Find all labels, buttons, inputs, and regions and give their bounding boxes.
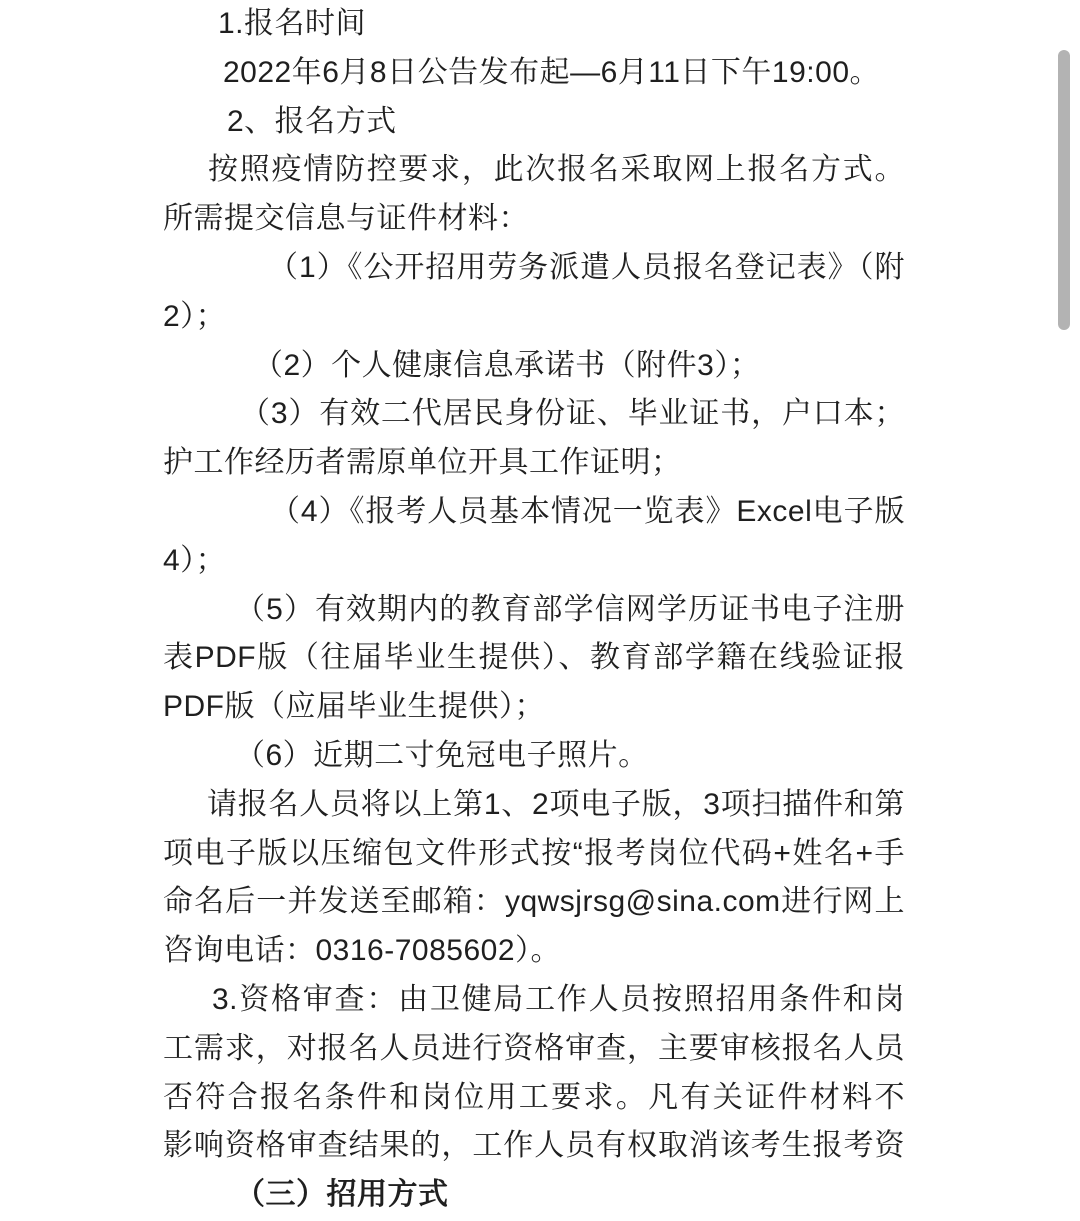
text-line: 按照疫情防控要求，此次报名采取网上报名方式。报名 (163, 146, 905, 195)
text-line: 表PDF版（往届毕业生提供）、教育部学籍在线验证报告 (163, 634, 905, 683)
text-line: 4）； (163, 537, 905, 586)
text-line: （6）近期二寸免冠电子照片。 (163, 732, 905, 781)
text-line: 2022年6月8日公告发布起—6月11日下午19:00。 (163, 49, 905, 98)
text-line: （2）个人健康信息承诺书（附件3）； (163, 342, 905, 391)
text-line: 命名后一并发送至邮箱：yqwsjrsg@sina.com进行网上报名（ (163, 878, 905, 927)
text-line: 所需提交信息与证件材料： (163, 195, 905, 244)
text-line: （1）《公开招用劳务派遣人员报名登记表》（附件 (163, 244, 905, 293)
text-line: 护工作经历者需原单位开具工作证明； (163, 439, 905, 488)
text-line: （3）有效二代居民身份证、毕业证书，户口本；有医 (163, 390, 905, 439)
document-page: 1.报名时间 2022年6月8日公告发布起—6月11日下午19:00。 2、报名… (0, 0, 1080, 1221)
text-line: （4）《报考人员基本情况一览表》Excel电子版（附件 (163, 488, 905, 537)
section-heading: （三）招用方式 (163, 1171, 905, 1220)
text-line: （5）有效期内的教育部学信网学历证书电子注册备案 (163, 586, 905, 635)
text-line: 请报名人员将以上第1、2项电子版，3项扫描件和第4-6 (163, 781, 905, 830)
text-line: 2、报名方式 (163, 98, 905, 147)
text-line: 3.资格审查：由卫健局工作人员按照招用条件和岗位用 (163, 976, 905, 1025)
scrollbar-thumb[interactable] (1058, 50, 1070, 330)
text-line: 1.报名时间 (163, 0, 905, 49)
text-line: 影响资格审查结果的，工作人员有权取消该考生报考资格。 (163, 1122, 905, 1171)
text-line: 工需求，对报名人员进行资格审查，主要审核报名人员是 (163, 1025, 905, 1074)
text-line: 项电子版以压缩包文件形式按“报考岗位代码+姓名+手机号” (163, 830, 905, 879)
text-line: 2）； (163, 293, 905, 342)
document-text-block: 1.报名时间 2022年6月8日公告发布起—6月11日下午19:00。 2、报名… (163, 0, 905, 1220)
text-line: PDF版（应届毕业生提供）； (163, 683, 905, 732)
text-line: 咨询电话：0316-7085602）。 (163, 927, 905, 976)
text-line: 否符合报名条件和岗位用工要求。凡有关证件材料不实， (163, 1074, 905, 1123)
